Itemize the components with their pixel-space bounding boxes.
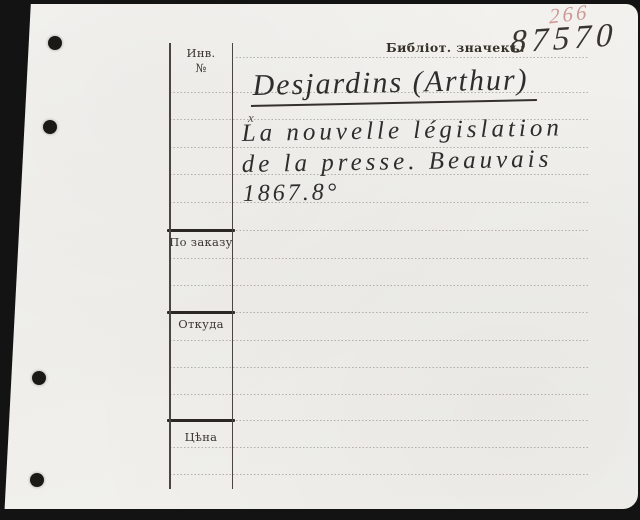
column-rule-left <box>169 43 171 489</box>
field-label-otkuda: Откуда <box>169 317 233 332</box>
ruled-line <box>236 420 589 421</box>
field-label-inventory-number: Инв. № <box>169 46 233 76</box>
field-label-tsena: Цѣна <box>169 430 233 445</box>
scanned-catalog-card-page: Инв. № По заказу Откуда Цѣна Библіот. зн… <box>0 0 640 520</box>
column-rule-right <box>232 43 234 489</box>
field-label-po-zakazu: По заказу <box>169 235 233 250</box>
section-divider-bar <box>167 311 235 314</box>
punch-hole <box>48 36 62 50</box>
author-heading: Desjardins (Arthur) <box>250 63 537 107</box>
punch-hole <box>30 473 44 487</box>
punch-hole <box>32 371 46 385</box>
catalog-card: Инв. № По заказу Откуда Цѣна Библіот. зн… <box>0 0 640 520</box>
section-divider-bar <box>167 229 235 232</box>
ruled-line <box>236 312 589 313</box>
punch-hole <box>43 120 57 134</box>
corner-number-red: 266 <box>549 0 590 30</box>
title-line-3: 1867.8° <box>243 179 340 208</box>
section-divider-bar <box>167 419 235 422</box>
library-stamp-label: Библіот. значекъ: <box>386 40 525 55</box>
title-line-2: de la presse. Beauvais <box>242 146 553 179</box>
ruled-line <box>236 230 589 231</box>
title-line-1: La nouvelle législation <box>242 114 564 148</box>
